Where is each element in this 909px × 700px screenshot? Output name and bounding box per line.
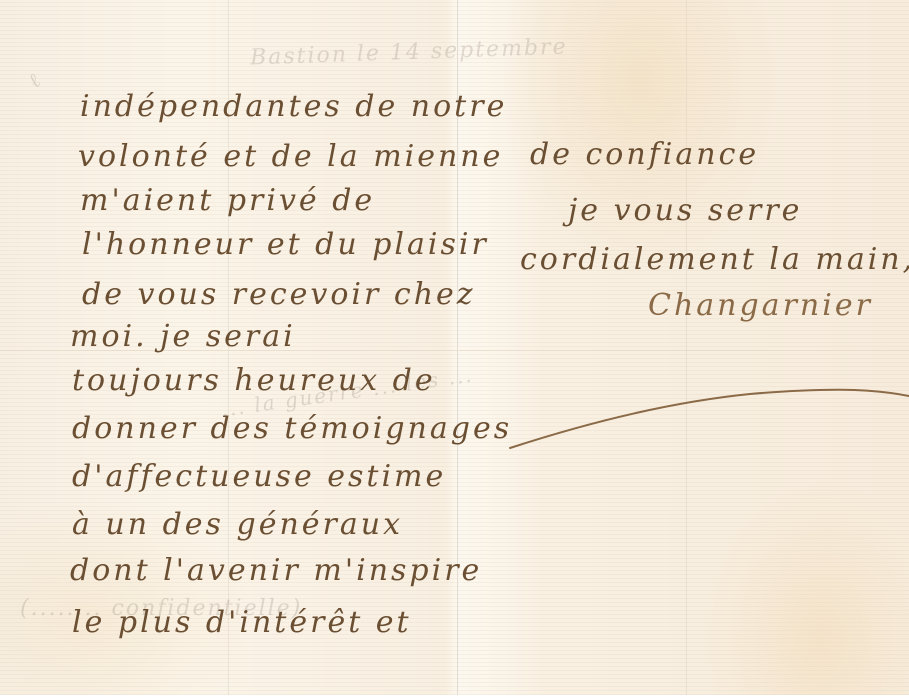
letter-line: m'aient privé de (80, 186, 375, 216)
signature: Changarnier (648, 291, 873, 321)
letter-line: l'honneur et du plaisir (82, 230, 489, 260)
letter-line: de confiance (530, 140, 759, 170)
letter-line: à un des généraux (72, 510, 403, 540)
letter-line: volonté et de la mienne (78, 142, 503, 172)
letter-line: indépendantes de notre (80, 92, 507, 122)
letter-line: dont l'avenir m'inspire (70, 556, 482, 586)
letter-line: cordialement la main, (520, 245, 909, 275)
letter-line: je vous serre (568, 196, 802, 226)
paper-crease (686, 0, 687, 695)
letter-line: moi. je serai (70, 322, 296, 352)
letter-line: le plus d'intérêt et (72, 608, 412, 638)
letter-sheet: Bastion le 14 septembre ℓ (........ conf… (0, 0, 909, 695)
bleed-through-text: Bastion le 14 septembre (250, 34, 568, 70)
letter-line: donner des témoignages (72, 414, 512, 444)
signature-flourish (500, 380, 909, 460)
image-border (0, 695, 909, 700)
letter-line: toujours heureux de (72, 366, 436, 396)
bleed-through-mark: ℓ (23, 68, 47, 94)
letter-line: de vous recevoir chez (82, 280, 476, 310)
letter-line: d'affectueuse estime (72, 462, 446, 492)
